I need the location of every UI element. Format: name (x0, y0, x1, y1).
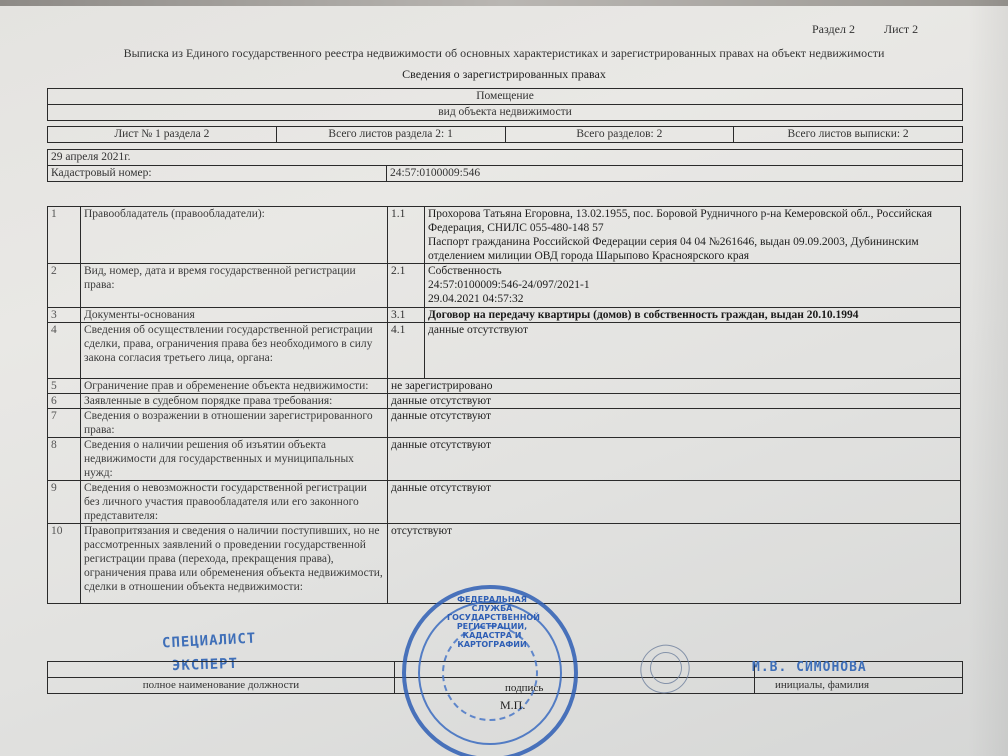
sheet-of-section: Лист № 1 раздела 2 (48, 127, 277, 143)
seal-text: ФЕДЕРАЛЬНАЯ СЛУЖБА ГОСУДАРСТВЕННОЙ РЕГИС… (447, 595, 537, 649)
rights-table: 1 Правообладатель (правообладатели): 1.1… (47, 206, 961, 604)
table-row: 4 Сведения об осуществлении государствен… (48, 323, 961, 379)
row-number: 7 (48, 409, 81, 438)
row-value: не зарегистрировано (388, 379, 961, 394)
row-label: Ограничение прав и обременение объекта н… (81, 379, 388, 394)
extract-date: 29 апреля 2021г. (48, 150, 963, 166)
section-number: Раздел 2 (812, 22, 855, 36)
table-row: 1 Правообладатель (правообладатели): 1.1… (48, 207, 961, 264)
initials-caption: инициалы, фамилия (755, 678, 963, 694)
table-row: 7 Сведения о возражении в отношении заре… (48, 409, 961, 438)
row-number: 6 (48, 394, 81, 409)
row-label: Сведения о наличии решения об изъятии об… (81, 438, 388, 481)
total-sheets-section: Всего листов раздела 2: 1 (276, 127, 505, 143)
row-value: Прохорова Татьяна Егоровна, 13.02.1955, … (425, 207, 961, 264)
row-label: Сведения об осуществлении государственно… (81, 323, 388, 379)
row-value: Собственность 24:57:0100009:546-24/097/2… (425, 264, 961, 308)
row-value: данные отсутствуют (388, 394, 961, 409)
right-type: Собственность (428, 264, 957, 278)
document-title: Выписка из Единого государственного реес… (0, 46, 1008, 61)
row-number: 5 (48, 379, 81, 394)
row-subnumber: 4.1 (388, 323, 425, 379)
object-type-caption: вид объекта недвижимости (48, 105, 963, 121)
row-value: данные отсутствуют (388, 481, 961, 524)
object-type: Помещение (48, 89, 963, 105)
row-number: 3 (48, 308, 81, 323)
photo-shadow (968, 0, 1008, 756)
table-row: 8 Сведения о наличии решения об изъятии … (48, 438, 961, 481)
document-subtitle: Сведения о зарегистрированных правах (0, 67, 1008, 82)
position-caption: полное наименование должности (48, 678, 395, 694)
table-row: 3 Документы-основания 3.1 Договор на пер… (48, 308, 961, 323)
row-label: Правопритязания и сведения о наличии пос… (81, 524, 388, 604)
row-label: Документы-основания (81, 308, 388, 323)
row-label: Сведения о невозможности государственной… (81, 481, 388, 524)
table-row: 6 Заявленные в судебном порядке права тр… (48, 394, 961, 409)
table-row: 9 Сведения о невозможности государственн… (48, 481, 961, 524)
row-label: Правообладатель (правообладатели): (81, 207, 388, 264)
cadastral-label: Кадастровый номер: (48, 166, 387, 182)
registration-datetime: 29.04.2021 04:57:32 (428, 292, 957, 306)
row-number: 4 (48, 323, 81, 379)
sheet-number: Лист 2 (884, 22, 918, 36)
row-value: данные отсутствуют (388, 409, 961, 438)
table-row: 2 Вид, номер, дата и время государственн… (48, 264, 961, 308)
photo-top-edge (0, 0, 1008, 6)
row-subnumber: 1.1 (388, 207, 425, 264)
row-number: 9 (48, 481, 81, 524)
row-number: 8 (48, 438, 81, 481)
page-meta: Раздел 2 Лист 2 (812, 22, 944, 37)
total-sections: Всего разделов: 2 (505, 127, 734, 143)
holder-name: Прохорова Татьяна Егоровна, 13.02.1955, … (428, 207, 957, 235)
registration-number: 24:57:0100009:546-24/097/2021-1 (428, 278, 957, 292)
row-number: 2 (48, 264, 81, 308)
sheets-table: Лист № 1 раздела 2 Всего листов раздела … (47, 126, 963, 143)
total-sheets-extract: Всего листов выписки: 2 (734, 127, 963, 143)
row-label: Заявленные в судебном порядке права треб… (81, 394, 388, 409)
row-number: 10 (48, 524, 81, 604)
object-type-table: Помещение вид объекта недвижимости (47, 88, 963, 121)
cadastral-number: 24:57:0100009:546 (387, 166, 963, 182)
row-subnumber: 2.1 (388, 264, 425, 308)
row-label: Вид, номер, дата и время государственной… (81, 264, 388, 308)
table-row: 5 Ограничение прав и обременение объекта… (48, 379, 961, 394)
seal-place-caption: М.П. (500, 698, 525, 713)
row-number: 1 (48, 207, 81, 264)
row-label: Сведения о возражении в отношении зареги… (81, 409, 388, 438)
meta-table: 29 апреля 2021г. Кадастровый номер: 24:5… (47, 149, 963, 182)
position-field (48, 662, 395, 678)
row-value: данные отсутствуют (388, 438, 961, 481)
position-stamp-line1: СПЕЦИАЛИСТ (162, 631, 257, 652)
name-stamp: М.В. СИМОНОВА (752, 660, 867, 675)
row-subnumber: 3.1 (388, 308, 425, 323)
row-value: данные отсутствуют (425, 323, 961, 379)
holder-passport: Паспорт гражданина Российской Федерации … (428, 235, 957, 263)
row-value: Договор на передачу квартиры (домов) в с… (425, 308, 961, 323)
